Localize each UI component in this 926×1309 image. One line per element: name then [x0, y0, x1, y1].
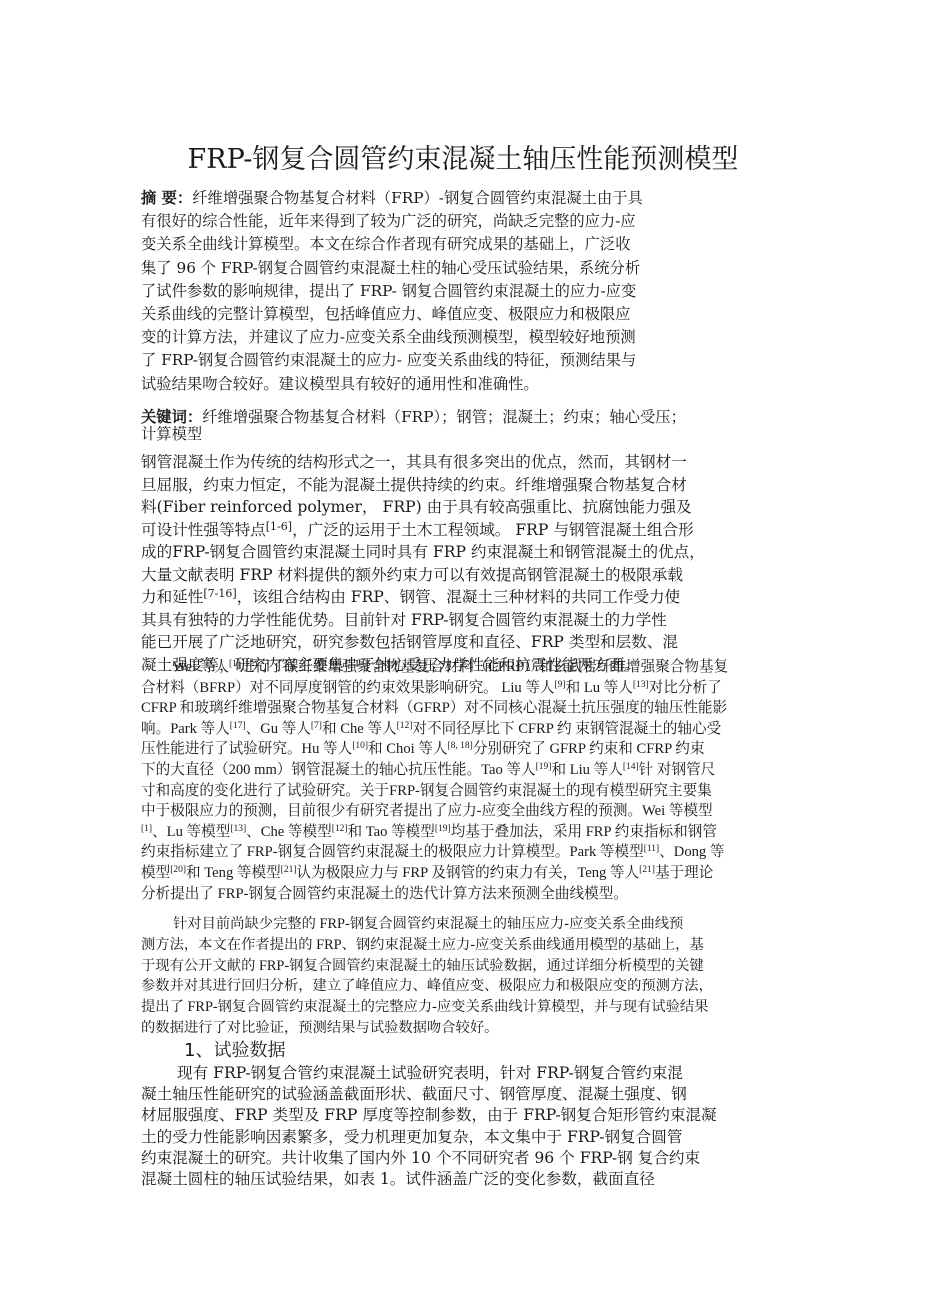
text: 、Dong 等 [659, 844, 724, 860]
citation: [12] [332, 824, 348, 834]
text: Wei 等人 [173, 659, 229, 675]
text: 进行了碳纤维增强聚合物基复合材料（CFRP）和玄武岩纤维增强聚合物基复 [240, 659, 728, 675]
citation: [17] [230, 721, 246, 731]
text: 可设计性强等特点 [141, 521, 266, 539]
text-line: 旦屈服，约束力恒定，不能为混凝土提供持续的约束。纤维增强聚合物基复合材 [141, 474, 787, 497]
text: 和 Lu 等人 [566, 680, 633, 696]
keywords-line: 计算模型 [141, 426, 787, 443]
citation: [13] [230, 824, 246, 834]
text-line: 寸和高度的变化进行了试验研究。关于FRP-钢复合圆管约束混凝土的现有模型研究主要… [141, 781, 787, 802]
citation: [1] [229, 659, 240, 669]
citation: [21] [281, 865, 297, 875]
text-line: 测方法，本文在作者提出的 FRP、钢约束混凝土应力-应变关系曲线通用模型的基础上… [141, 935, 787, 956]
document-page: FRP-钢复合圆管约束混凝土轴压性能预测模型 摘 要：纤维增强聚合物基复合材料（… [0, 0, 926, 1309]
text-line: 参数并对其进行回归分析，建立了峰值应力、峰值应变、极限应力和极限应变的预测方法， [141, 976, 787, 997]
abstract-line: 试验结果吻合较好。建议模型具有较好的通用性和准确性。 [141, 373, 743, 396]
text-line: 材屈服强度、FRP 类型及 FRP 厚度等控制参数，由于 FRP-钢复合矩形管约… [141, 1105, 787, 1126]
text-line: 约束混凝土的研究。共计收集了国内外 10 个不同研究者 96 个 FRP-钢 复… [141, 1148, 787, 1169]
keywords-line: 关键词：纤维增强聚合物基复合材料（FRP）；钢管；混凝土；约束；轴心受压； [141, 409, 787, 426]
text: ，广泛的运用于土木工程领域。 FRP 与钢管混凝土组合形 [292, 521, 694, 539]
text-line: [1]、Lu 等模型[13]、Che 等模型[12]和 Tao 等模型[19]均… [141, 822, 787, 843]
citation: [12] [397, 721, 413, 731]
text-line: 于现有公开文献的 FRP-钢复合圆管约束混凝土的轴压试验数据，通过详细分析模型的… [141, 956, 787, 977]
abstract-line: 关系曲线的完整计算模型，包括峰值应力、峰值应变、极限应力和极限应 [141, 303, 743, 326]
citation: [21] [639, 865, 655, 875]
abstract-line: 有很好的综合性能，近年来得到了较为广泛的研究，尚缺乏完整的应力-应 [141, 210, 743, 233]
abstract-line: 了试件参数的影响规律，提出了 FRP- 钢复合圆管约束混凝土的应力-应变 [141, 280, 743, 303]
abstract: 摘 要：纤维增强聚合物基复合材料（FRP）-钢复合圆管约束混凝土由于具 有很好的… [141, 187, 743, 396]
text-line: CFRP 和玻璃纤维增强聚合物基复合材料（GFRP）对不同核心混凝土抗压强度的轴… [141, 698, 787, 719]
citation: [7-16] [203, 587, 236, 600]
text: 针对目前尚缺少完整的 FRP-钢复合圆管约束混凝土的轴压应力-应变关系全曲线预 [173, 916, 683, 932]
text: 、Che 等模型 [246, 824, 332, 840]
text-line: 的数据进行了对比验证，预测结果与试验数据吻合较好。 [141, 1018, 787, 1039]
text: 响。Park 等人 [141, 721, 230, 737]
paper-title: FRP-钢复合圆管约束混凝土轴压性能预测模型 [140, 142, 786, 178]
text-line: 其具有独特的力学性能优势。目前针对 FRP-钢复合圆管约束混凝土的力学性 [141, 609, 787, 632]
text: 针 对钢管尺 [639, 762, 716, 778]
text: ，该组合结构由 FRP、钢管、混凝土三种材料的共同工作受力使 [237, 588, 680, 606]
text-line: 成的FRP-钢复合圆管约束混凝土同时具有 FRP 约束混凝土和钢管混凝土的优点， [141, 541, 787, 564]
text-line: 土的受力性能影响因素繁多，受力机理更加复杂，本文集中于 FRP-钢复合圆管 [141, 1127, 787, 1148]
text-line: 中于极限应力的预测，目前很少有研究者提出了应力-应变全曲线方程的预测。Wei 等… [141, 801, 787, 822]
text-line: 凝土轴压性能研究的试验涵盖截面形状、截面尺寸、钢管厚度、混凝土强度、钢 [141, 1084, 787, 1105]
text-line: 大量文献表明 FRP 材料提供的额外约束力可以有效提高钢管混凝土的极限承载 [141, 564, 787, 587]
keywords-text: 纤维增强聚合物基复合材料（FRP）；钢管；混凝土；约束；轴心受压； [202, 408, 686, 426]
text: 和 Che 等人 [322, 721, 397, 737]
intro-paragraph-1: 钢管混凝土作为传统的结构形式之一，其具有很多突出的优点，然而，其钢材一 旦屈服，… [141, 451, 787, 676]
text: 现有 FRP-钢复合管约束混凝土试验研究表明，针对 FRP-钢复合管约束混 [177, 1064, 683, 1082]
text-line: 可设计性强等特点[1-6]，广泛的运用于土木工程领域。 FRP 与钢管混凝土组合… [141, 519, 787, 542]
abstract-line: 变关系全曲线计算模型。本文在综合作者现有研究成果的基础上，广泛收 [141, 233, 743, 256]
text-line: 提出了 FRP-钢复合圆管约束混凝土的完整应力-应变关系曲线计算模型，并与现有试… [141, 997, 787, 1018]
citation: [19] [435, 824, 451, 834]
text: 对比分析了 [649, 680, 722, 696]
text: 和 Tao 等模型 [348, 824, 435, 840]
section-1-paragraph: 现有 FRP-钢复合管约束混凝土试验研究表明，针对 FRP-钢复合管约束混 凝土… [141, 1063, 787, 1190]
citation: [7] [311, 721, 322, 731]
text-line: 下的大直径（200 mm）钢管混凝土的轴心抗压性能。Tao 等人[19]和 Li… [141, 760, 787, 781]
abstract-label: 摘 要： [141, 189, 192, 207]
text: 模型 [141, 865, 170, 881]
citation: [14] [623, 762, 639, 772]
text-line: 模型[20]和 Teng 等模型[21]认为极限应力与 FRP 及钢管的约束力有… [141, 863, 787, 884]
citation: [11] [644, 844, 659, 854]
abstract-text: 纤维增强聚合物基复合材料（FRP）-钢复合圆管约束混凝土由于具 [192, 189, 643, 207]
text: 和 Teng 等模型 [186, 865, 281, 881]
section-heading-1: 1、试验数据 [184, 1039, 285, 1063]
text: 、Lu 等模型 [152, 824, 230, 840]
text: 下的大直径（200 mm）钢管混凝土的轴心抗压性能。Tao 等人 [141, 762, 536, 778]
text-line: Wei 等人[1]进行了碳纤维增强聚合物基复合材料（CFRP）和玄武岩纤维增强聚… [141, 657, 787, 678]
text-line: 分析提出了 FRP-钢复合圆管约束混凝土的迭代计算方法来预测全曲线模型。 [141, 884, 787, 905]
text: 、Gu 等人 [246, 721, 311, 737]
citation: [9] [555, 680, 566, 690]
text: 分别研究了 GFRP 约束和 CFRP 约束 [473, 741, 705, 757]
text: 认为极限应力与 FRP 及钢管的约束力有关，Teng 等人 [297, 865, 640, 881]
citation: [1-6] [266, 520, 292, 533]
text: 基于理论 [655, 865, 713, 881]
text-line: 响。Park 等人[17]、Gu 等人[7]和 Che 等人[12]对不同径厚比… [141, 719, 787, 740]
abstract-line: 集了 96 个 FRP-钢复合圆管约束混凝土柱的轴心受压试验结果，系统分析 [141, 257, 743, 280]
text-line: 约束指标建立了 FRP-钢复合圆管约束混凝土的极限应力计算模型。Park 等模型… [141, 842, 787, 863]
text-line: 针对目前尚缺少完整的 FRP-钢复合圆管约束混凝土的轴压应力-应变关系全曲线预 [141, 914, 787, 935]
text: 均基于叠加法，采用 FRP 约束指标和钢管 [451, 824, 717, 840]
abstract-line: 变的计算方法，并建议了应力-应变关系全曲线预测模型，模型较好地预测 [141, 326, 743, 349]
text: 力和延性 [141, 588, 203, 606]
citation: [8, 18] [448, 741, 473, 751]
text-line: 料(Fiber reinforced polymer， FRP) 由于具有较高强… [141, 496, 787, 519]
text: 和 Choi 等人 [368, 741, 447, 757]
text: 约束指标建立了 FRP-钢复合圆管约束混凝土的极限应力计算模型。Park 等模型 [141, 844, 644, 860]
text: 压性能进行了试验研究。Hu 等人 [141, 741, 352, 757]
abstract-line: 了 FRP-钢复合圆管约束混凝土的应力- 应变关系曲线的特征，预测结果与 [141, 349, 743, 372]
keywords: 关键词：纤维增强聚合物基复合材料（FRP）；钢管；混凝土；约束；轴心受压； 计算… [141, 409, 787, 443]
citation: [1] [141, 824, 152, 834]
text-line: 合材料（BFRP）对不同厚度钢管的约束效果影响研究。 Liu 等人[9]和 Lu… [141, 678, 787, 699]
text: 和 Liu 等人 [551, 762, 622, 778]
citation: [10] [352, 741, 368, 751]
citation: [13] [633, 680, 649, 690]
citation: [19] [536, 762, 552, 772]
keywords-label: 关键词： [141, 408, 202, 426]
intro-paragraph-2: Wei 等人[1]进行了碳纤维增强聚合物基复合材料（CFRP）和玄武岩纤维增强聚… [141, 657, 787, 904]
intro-paragraph-3: 针对目前尚缺少完整的 FRP-钢复合圆管约束混凝土的轴压应力-应变关系全曲线预 … [141, 914, 787, 1039]
text-line: 力和延性[7-16]，该组合结构由 FRP、钢管、混凝土三种材料的共同工作受力使 [141, 586, 787, 609]
text-line: 钢管混凝土作为传统的结构形式之一，其具有很多突出的优点，然而，其钢材一 [141, 451, 787, 474]
text-line: 现有 FRP-钢复合管约束混凝土试验研究表明，针对 FRP-钢复合管约束混 [141, 1063, 787, 1084]
abstract-line: 摘 要：纤维增强聚合物基复合材料（FRP）-钢复合圆管约束混凝土由于具 [141, 187, 743, 210]
text-line: 压性能进行了试验研究。Hu 等人[10]和 Choi 等人[8, 18]分别研究… [141, 739, 787, 760]
text-line: 混凝土圆柱的轴压试验结果，如表 1。试件涵盖广泛的变化参数，截面直径 [141, 1169, 787, 1190]
text: 合材料（BFRP）对不同厚度钢管的约束效果影响研究。 Liu 等人 [141, 680, 555, 696]
text-line: 能已开展了广泛地研究，研究参数包括钢管厚度和直径、FRP 类型和层数、混 [141, 631, 787, 654]
text: 对不同径厚比下 CFRP 约 束钢管混凝土的轴心受 [412, 721, 721, 737]
citation: [20] [170, 865, 186, 875]
